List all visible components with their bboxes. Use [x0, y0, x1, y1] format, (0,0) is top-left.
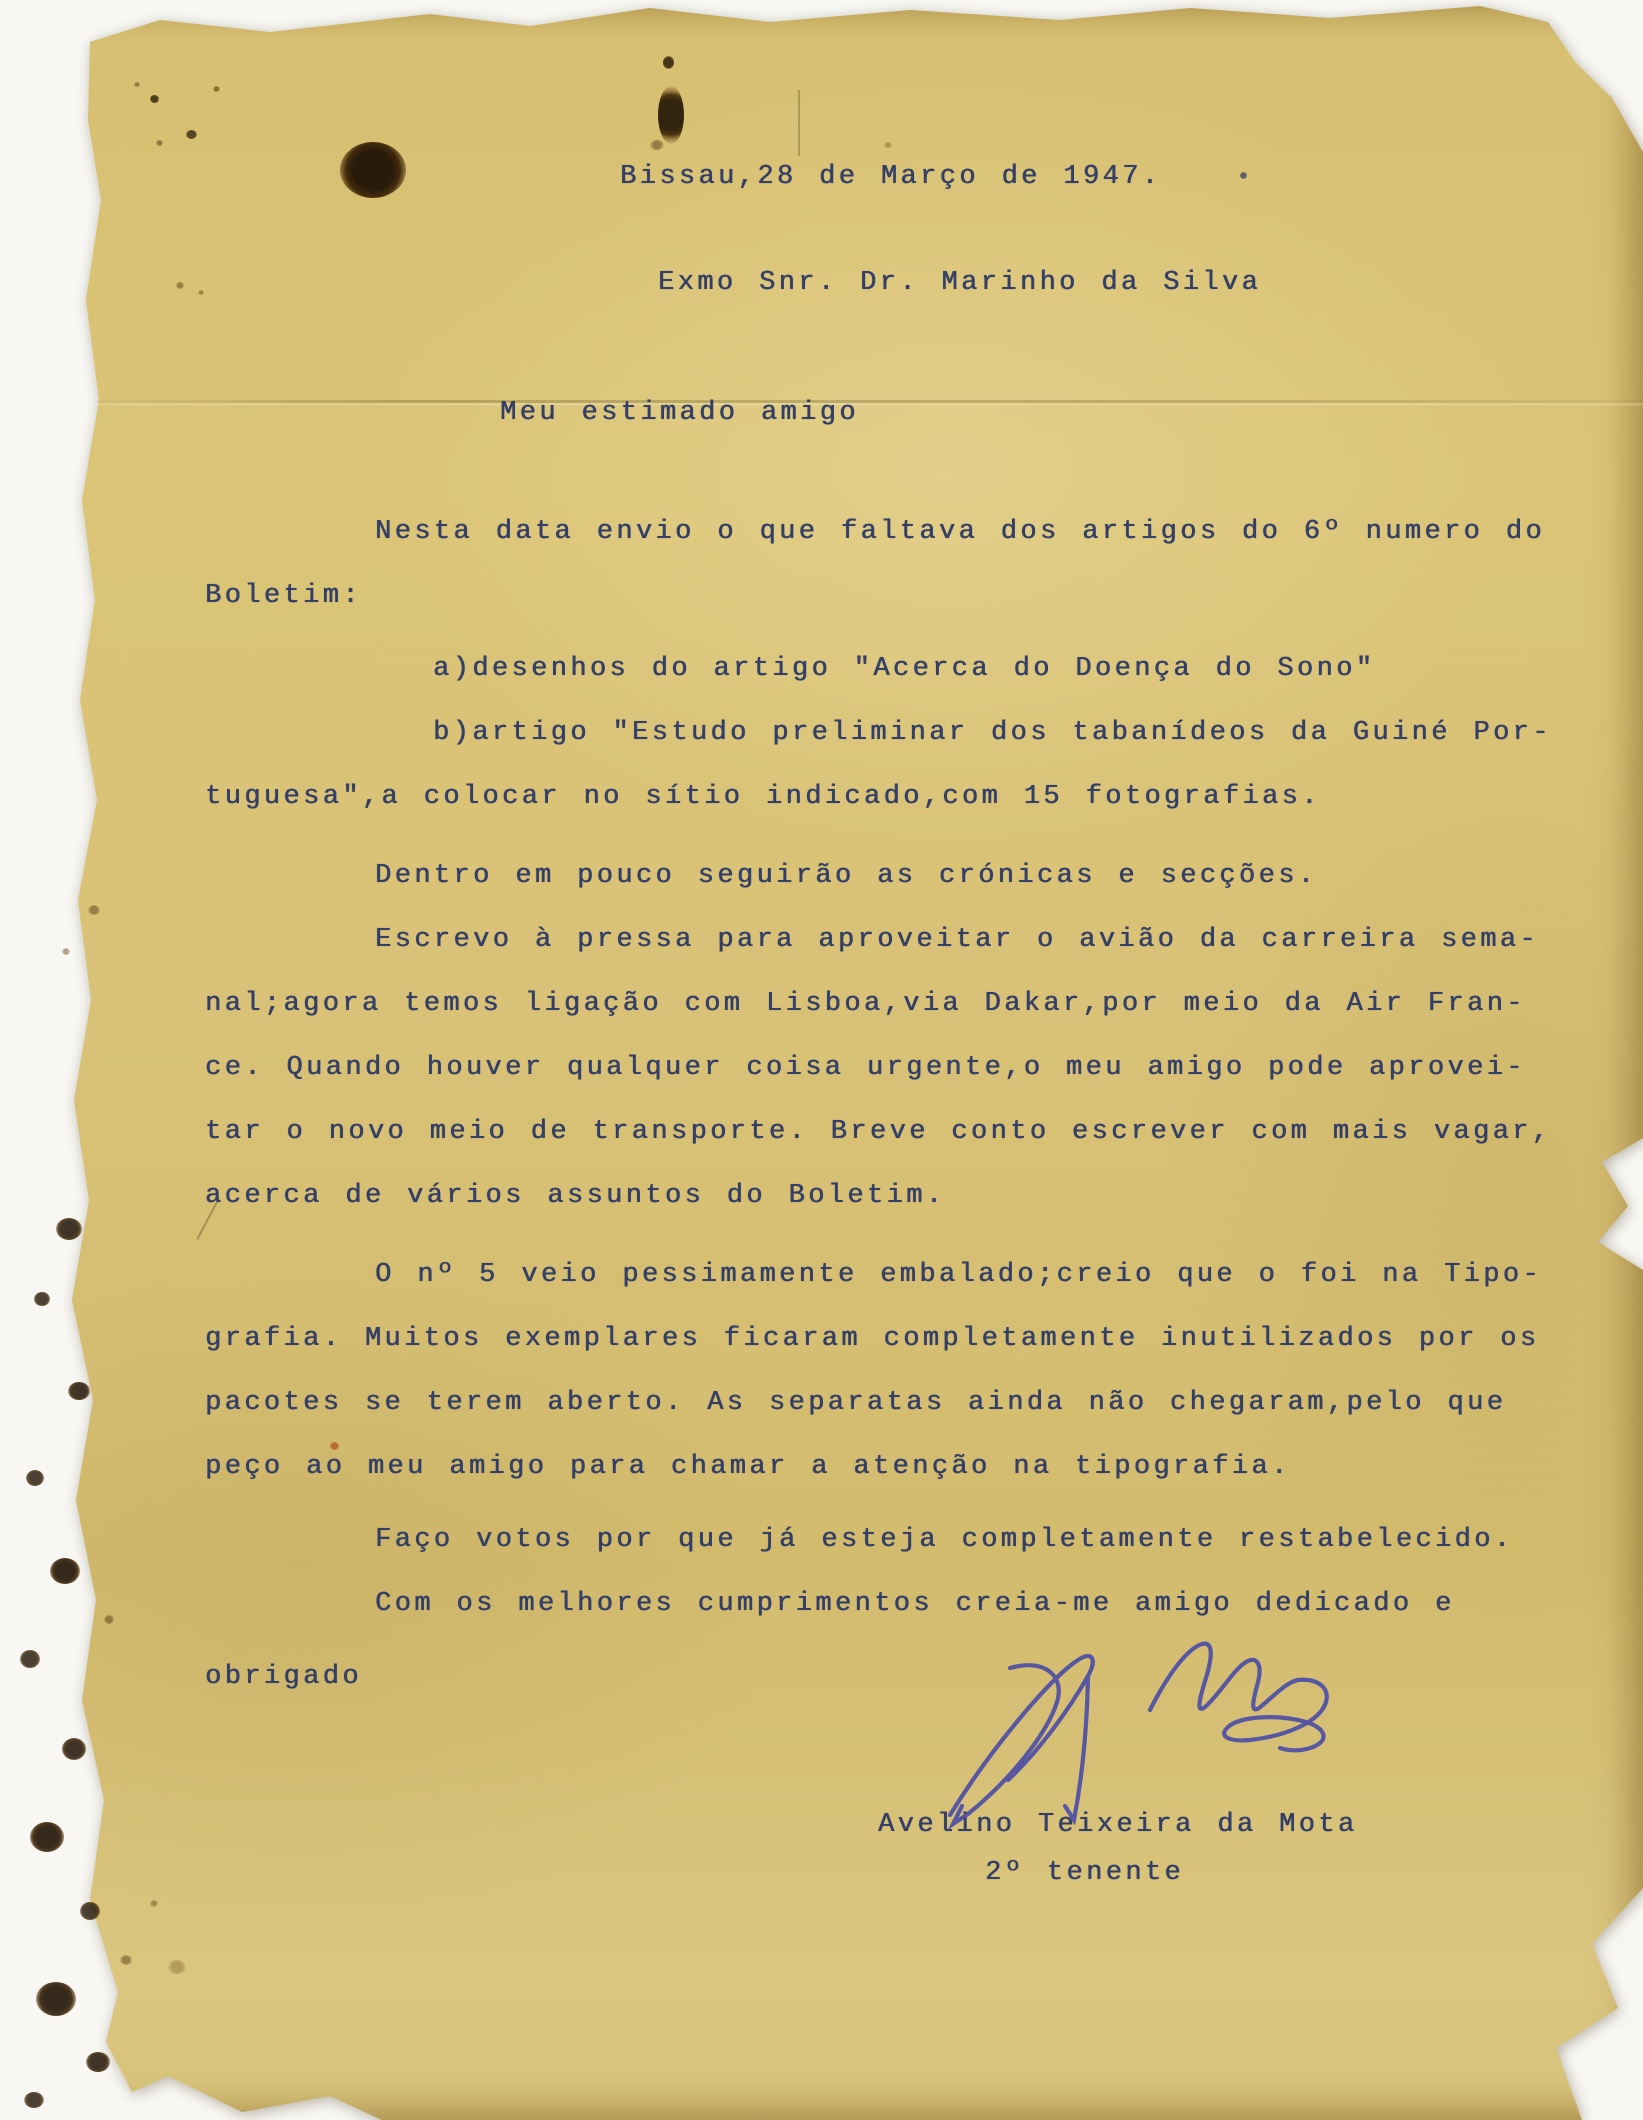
letter-line: grafia. Muitos exemplares ficaram comple… — [205, 1307, 1605, 1371]
letter-salutation: Meu estimado amigo — [500, 398, 859, 428]
scanned-letter-page: Bissau,28 de Março de 1947. Exmo Snr. Dr… — [0, 0, 1643, 2120]
letter-line: Escrevo à pressa para aproveitar o avião… — [205, 908, 1605, 972]
handwritten-signature — [850, 1630, 1370, 1860]
letter-line: b)artigo "Estudo preliminar dos tabaníde… — [205, 701, 1605, 765]
letter-line: tuguesa",a colocar no sítio indicado,com… — [205, 765, 1605, 829]
letter-line: Nesta data envio o que faltava dos artig… — [205, 500, 1605, 564]
letter-line: Dentro em pouco seguirão as crónicas e s… — [205, 844, 1605, 908]
letter-line: O nº 5 veio pessimamente embalado;creio … — [205, 1243, 1605, 1307]
letter-line: acerca de vários assuntos do Boletim. — [205, 1164, 1605, 1228]
letter-line: tar o novo meio de transporte. Breve con… — [205, 1100, 1605, 1164]
signature-rank: 2º tenente — [985, 1858, 1184, 1888]
letter-body: Nesta data envio o que faltava dos artig… — [205, 500, 1605, 1709]
letter-date: Bissau,28 de Março de 1947. — [620, 162, 1161, 192]
letter-line: ce. Quando houver qualquer coisa urgente… — [205, 1036, 1605, 1100]
letter-line: a)desenhos do artigo "Acerca do Doença d… — [205, 637, 1605, 701]
letter-line: peço ao meu amigo para chamar a atenção … — [205, 1435, 1605, 1499]
letter-line: Com os melhores cumprimentos creia-me am… — [205, 1572, 1605, 1636]
letter-line: Faço votos por que já esteja completamen… — [205, 1508, 1605, 1572]
letter-line: nal;agora temos ligação com Lisboa,via D… — [205, 972, 1605, 1036]
letter-line: pacotes se terem aberto. As separatas ai… — [205, 1371, 1605, 1435]
letter-line: Boletim: — [205, 564, 1605, 628]
letter-recipient: Exmo Snr. Dr. Marinho da Silva — [658, 268, 1261, 298]
